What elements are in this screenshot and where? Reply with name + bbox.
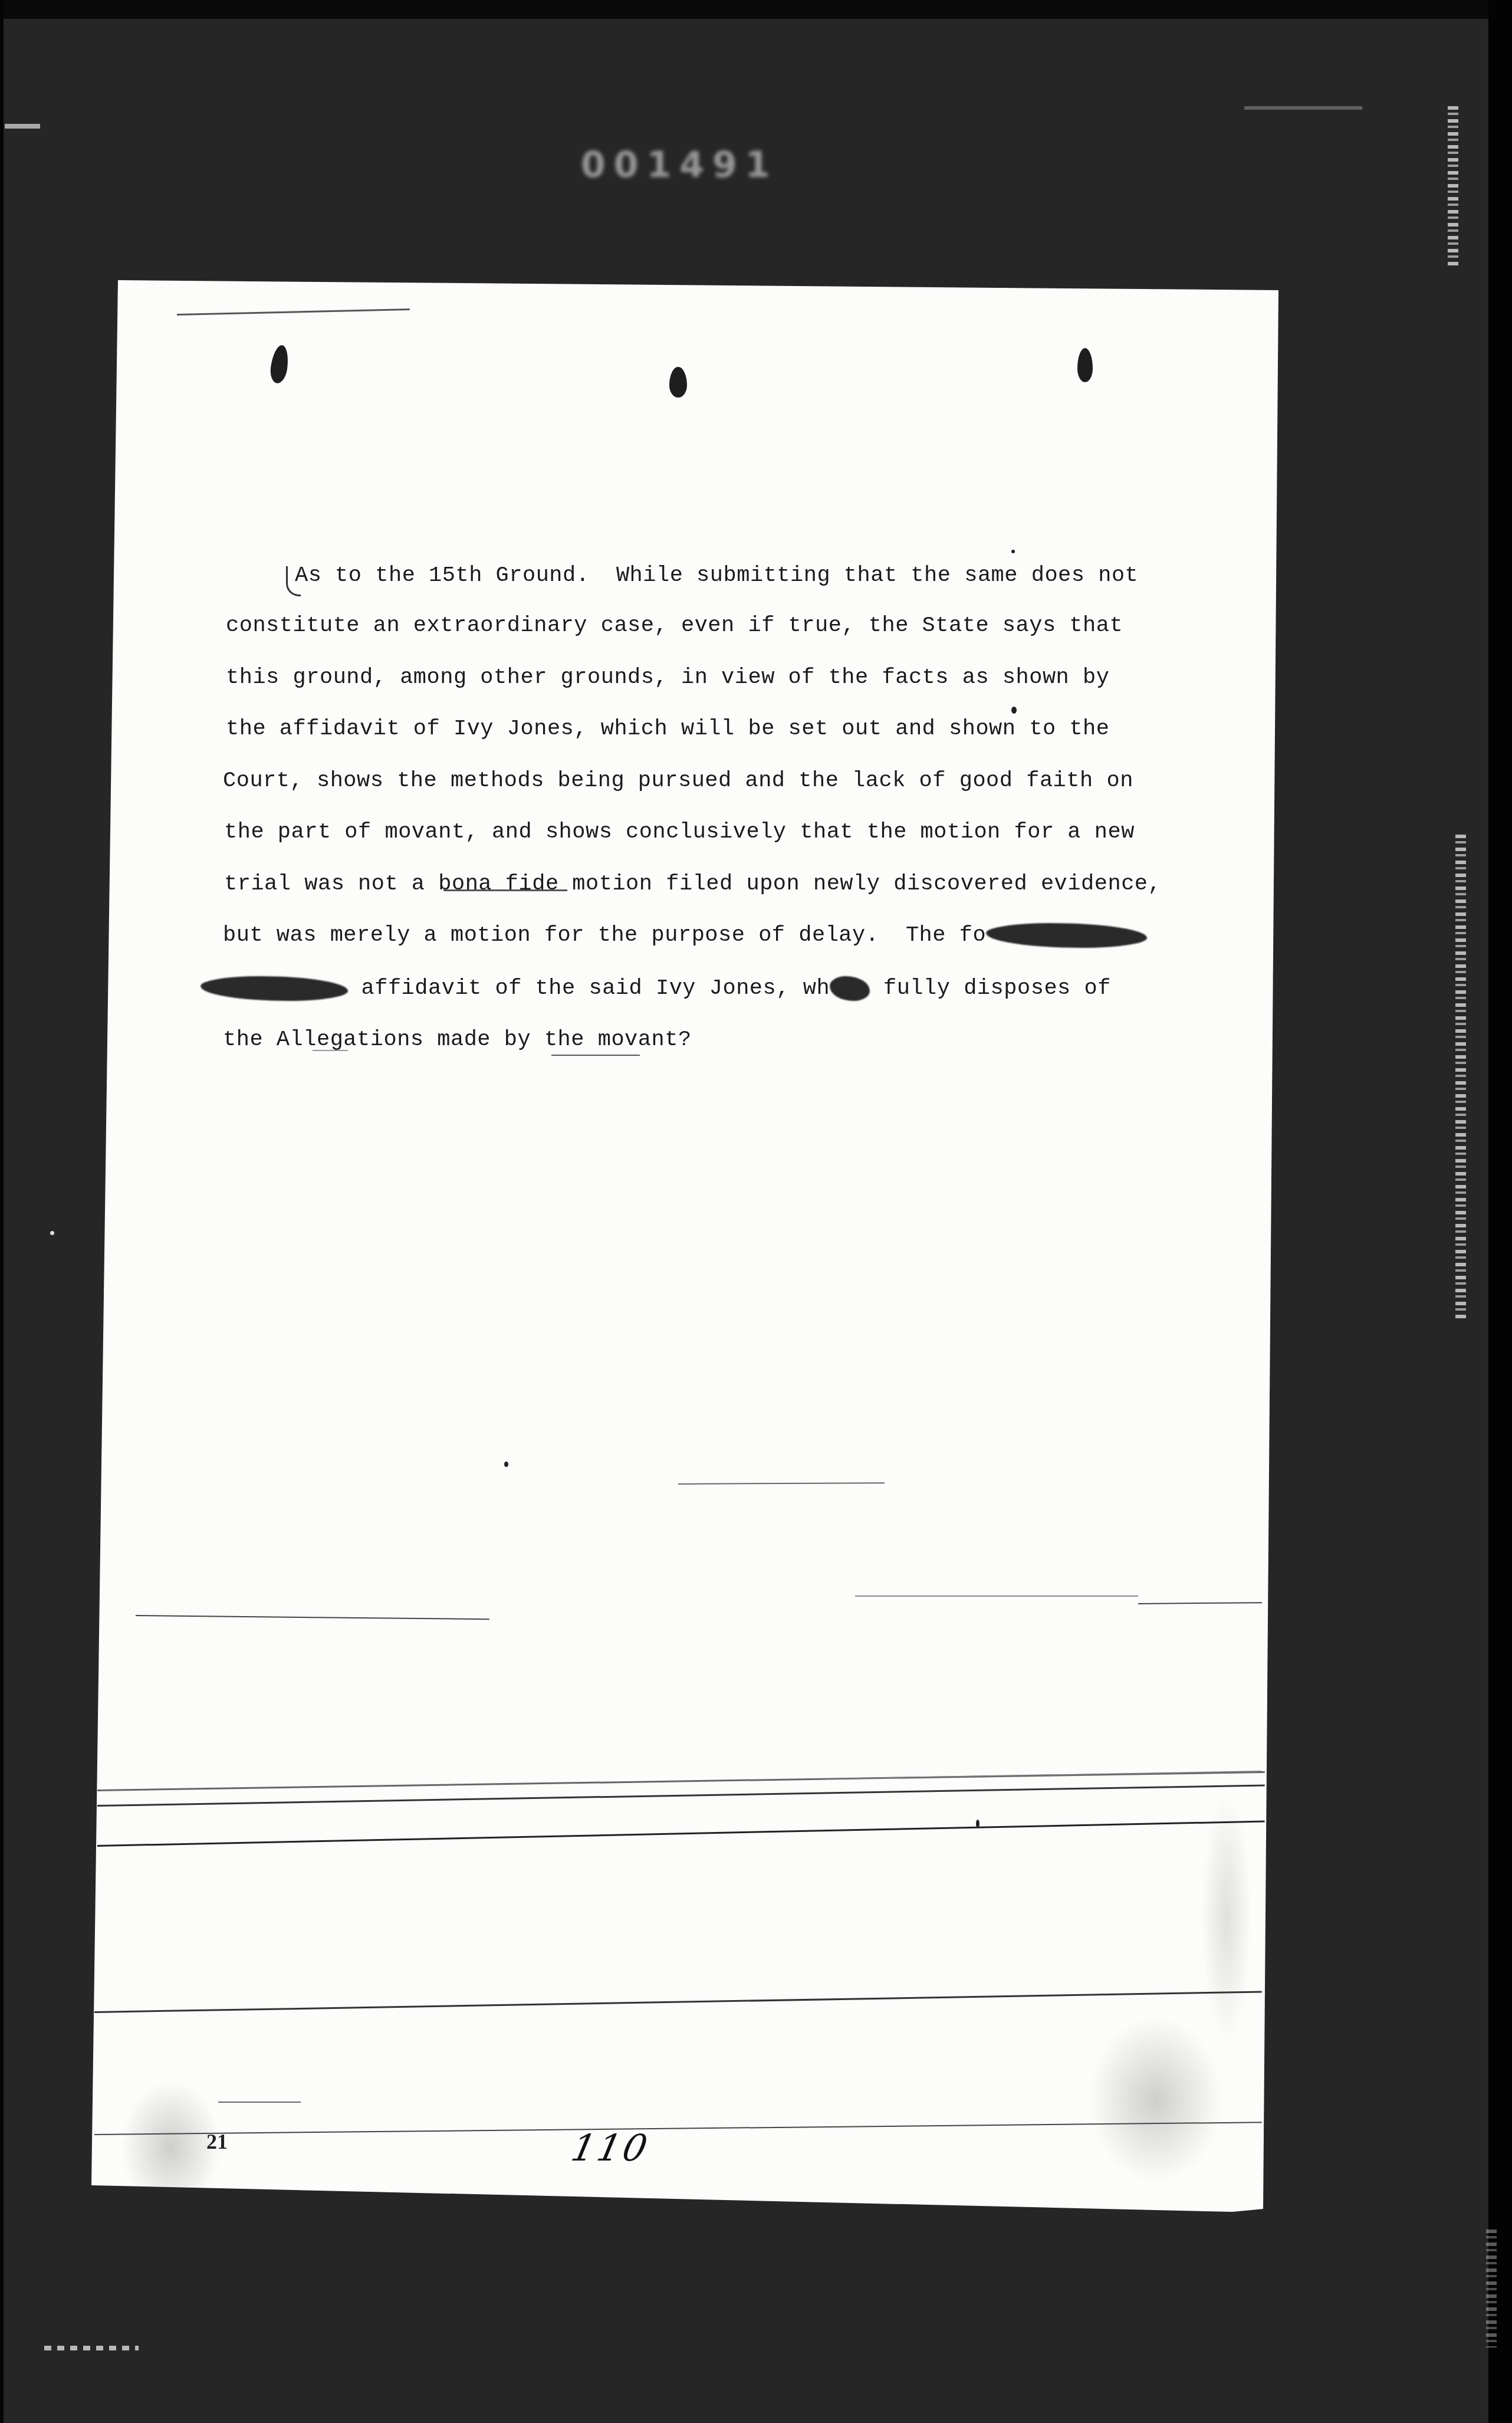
paragraph-line: As to the 15th Ground. While submitting …: [295, 563, 1138, 588]
film-edge-marking: [1486, 2230, 1497, 2348]
handwritten-page-number: 110: [567, 2126, 653, 2169]
speck: [1011, 550, 1015, 553]
film-edge-marking: [44, 2346, 139, 2350]
film-edge-marking: [1455, 835, 1466, 1318]
struck-out-text: llowing is a: [986, 923, 1146, 948]
paragraph-line: the affidavit of Ivy Jones, which will b…: [226, 717, 1109, 741]
underline-mark: [551, 1055, 640, 1056]
paragraph-line: but was merely a motion for the purpose …: [223, 923, 1147, 948]
paragraph-line: the Allegations made by the movant?: [223, 1027, 692, 1052]
film-top-border: [0, 0, 1512, 19]
microfilm-frame-number: 001491: [581, 145, 778, 186]
paragraph-line: this ground, among other grounds, in vie…: [226, 665, 1109, 690]
struck-out-text: copy of the: [200, 976, 348, 1001]
paragraph-line: Court, shows the methods being pursued a…: [223, 769, 1133, 793]
speck: [50, 1231, 54, 1235]
line-text: fully disposes of: [870, 976, 1111, 1001]
line-text: but was merely a motion for the purpose …: [223, 923, 986, 948]
film-edge-marking: [1244, 106, 1362, 110]
paragraph-line: trial was not a bona fide motion filed u…: [224, 872, 1161, 897]
line-text: affidavit of the said Ivy Jones, wh: [361, 976, 830, 1001]
film-edge-marking: [5, 124, 40, 129]
paragraph-line: the part of movant, and shows conclusive…: [224, 820, 1135, 845]
speck: [976, 1820, 979, 1828]
paragraph-line: copy of the affidavit of the said Ivy Jo…: [200, 976, 1111, 1001]
paragraph-line: constitute an extraordinary case, even i…: [226, 613, 1123, 638]
typed-page-number: 21: [206, 2129, 228, 2154]
document-page: [0, 0, 1512, 2423]
underline-mark: [443, 889, 567, 891]
film-right-border: [1488, 0, 1512, 2423]
speck: [1011, 707, 1017, 714]
film-edge-marking: [1448, 106, 1458, 265]
underline-mark: [313, 1050, 348, 1051]
stray-rule: [218, 2102, 301, 2103]
speck: [504, 1462, 508, 1467]
struck-out-text: ich: [830, 976, 870, 1001]
stray-rule: [855, 1595, 1138, 1597]
film-left-border: [0, 0, 4, 2423]
